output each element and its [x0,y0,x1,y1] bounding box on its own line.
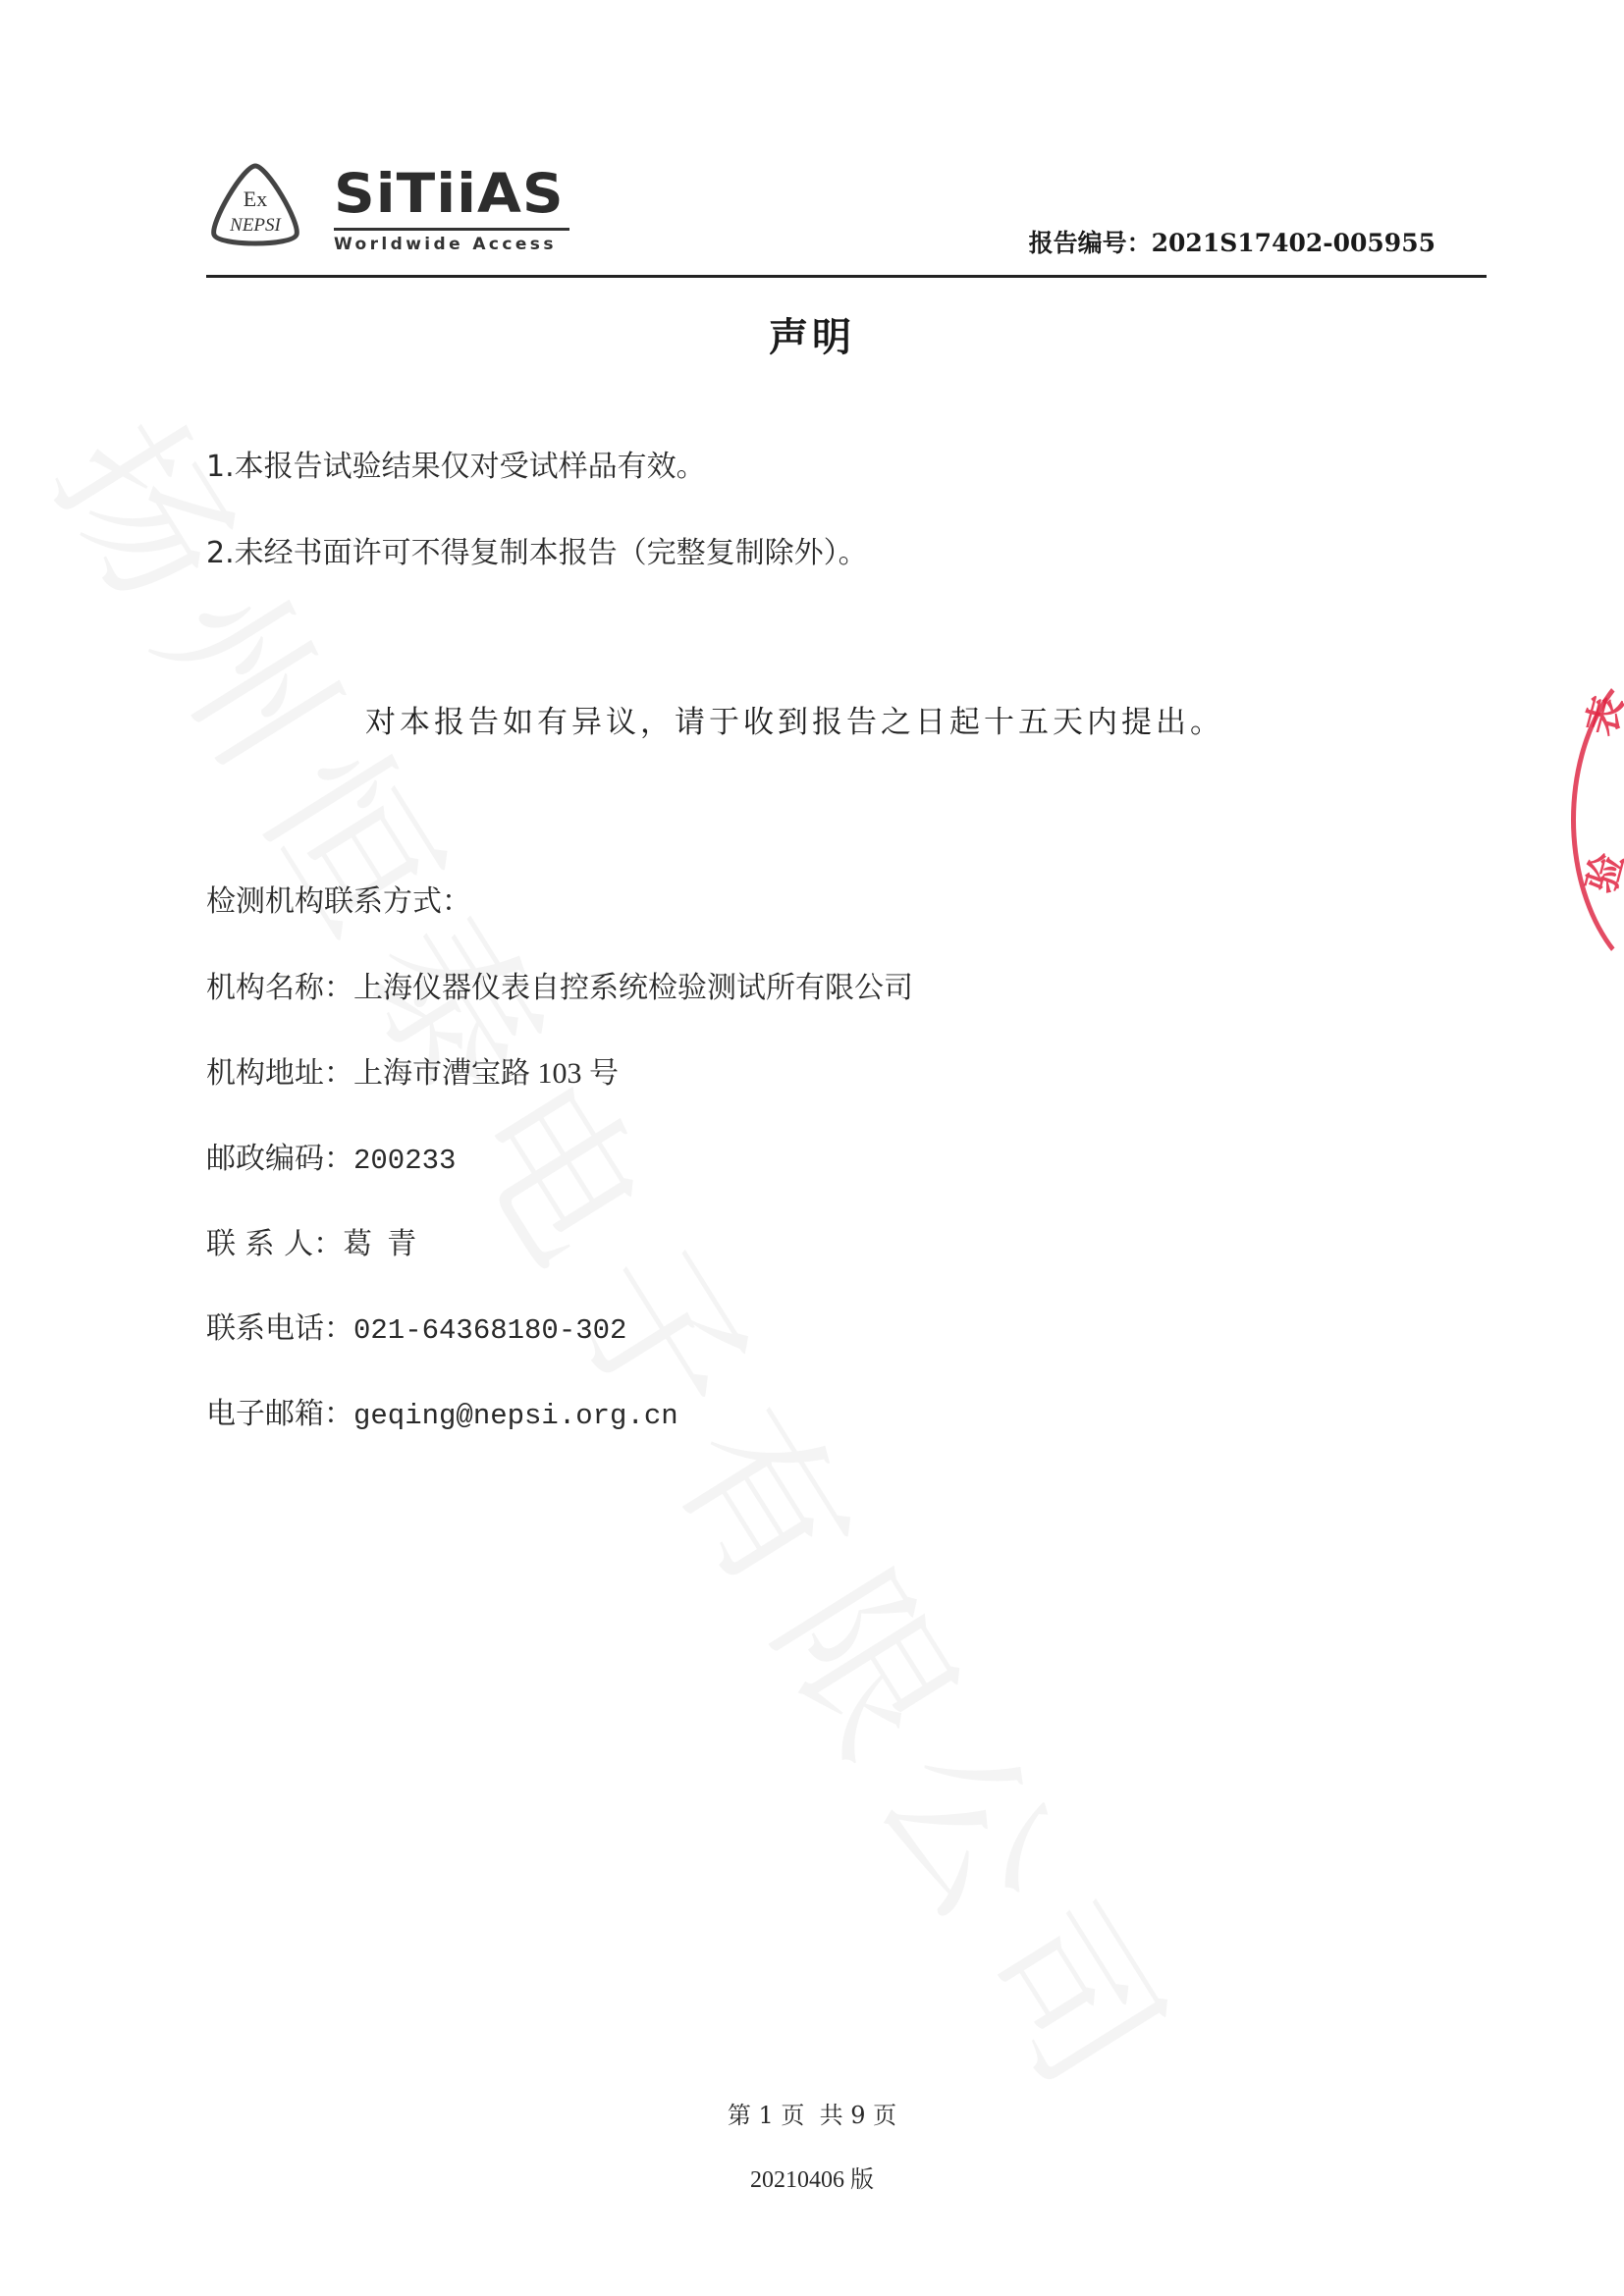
contact-value: 021-64368180-302 [353,1314,626,1347]
contact-label: 电子邮箱： [206,1397,353,1431]
brand-name: SiTiiAS [334,166,569,220]
version-label: 20210406 版 [0,2160,1624,2194]
contact-label: 机构地址： [206,1056,353,1091]
report-number: 报告编号：2021S17402-005955 [1029,224,1435,259]
contact-email[interactable]: geqing@nepsi.org.cn [353,1400,678,1432]
page-title: 声明 [0,306,1624,362]
contact-row-org-name: 机构名称：上海仪器仪表自控系统检验测试所有限公司 [206,963,913,1006]
contact-value: 葛 青 [343,1228,416,1260]
contact-value: 200233 [353,1145,456,1177]
contact-row-person: 联 系 人：葛 青 [206,1219,416,1262]
contact-label: 机构名称： [206,971,353,1005]
contact-label: 联 系 人： [206,1227,343,1261]
objection-notice: 对本报告如有异议，请于收到报告之日起十五天内提出。 [365,697,1224,741]
nepsi-ex-logo: Ex NEPSI [206,162,304,252]
contact-row-email: 电子邮箱：geqing@nepsi.org.cn [206,1389,678,1432]
contact-value: 上海仪器仪表自控系统检验测试所有限公司 [353,972,913,1004]
clause-2: 2.未经书面许可不得复制本报告（完整复制除外）。 [206,528,868,571]
contact-row-address: 机构地址：上海市漕宝路 103 号 [206,1048,619,1092]
contact-label: 邮政编码： [206,1142,353,1176]
document-page: 扬州恒泰电子有限公司 Ex NEPSI SiTiiAS Worldwide Ac… [0,0,1624,2296]
contact-heading: 检测机构联系方式： [206,877,471,920]
clause-1: 1.本报告试验结果仅对受试样品有效。 [206,442,706,485]
brand-tagline: Worldwide Access [334,235,569,254]
contact-row-phone: 联系电话：021-64368180-302 [206,1304,626,1347]
contact-label: 联系电话： [206,1311,353,1346]
sitiias-brand: SiTiiAS Worldwide Access [334,165,569,254]
watermark: 扬州恒泰电子有限公司 [10,369,1151,1995]
logo-ex-text: Ex [244,187,267,211]
contact-row-postcode: 邮政编码：200233 [206,1134,456,1177]
page-indicator: 第 1 页 共 9 页 [0,2096,1624,2130]
logo-nepsi-text: NEPSI [229,215,282,236]
header-divider [206,275,1487,278]
report-number-label: 报告编号： [1029,229,1152,257]
contact-value: 上海市漕宝路 103 号 [353,1057,619,1090]
brand-rule [334,228,569,231]
report-number-value: 2021S17402-005955 [1152,229,1435,257]
